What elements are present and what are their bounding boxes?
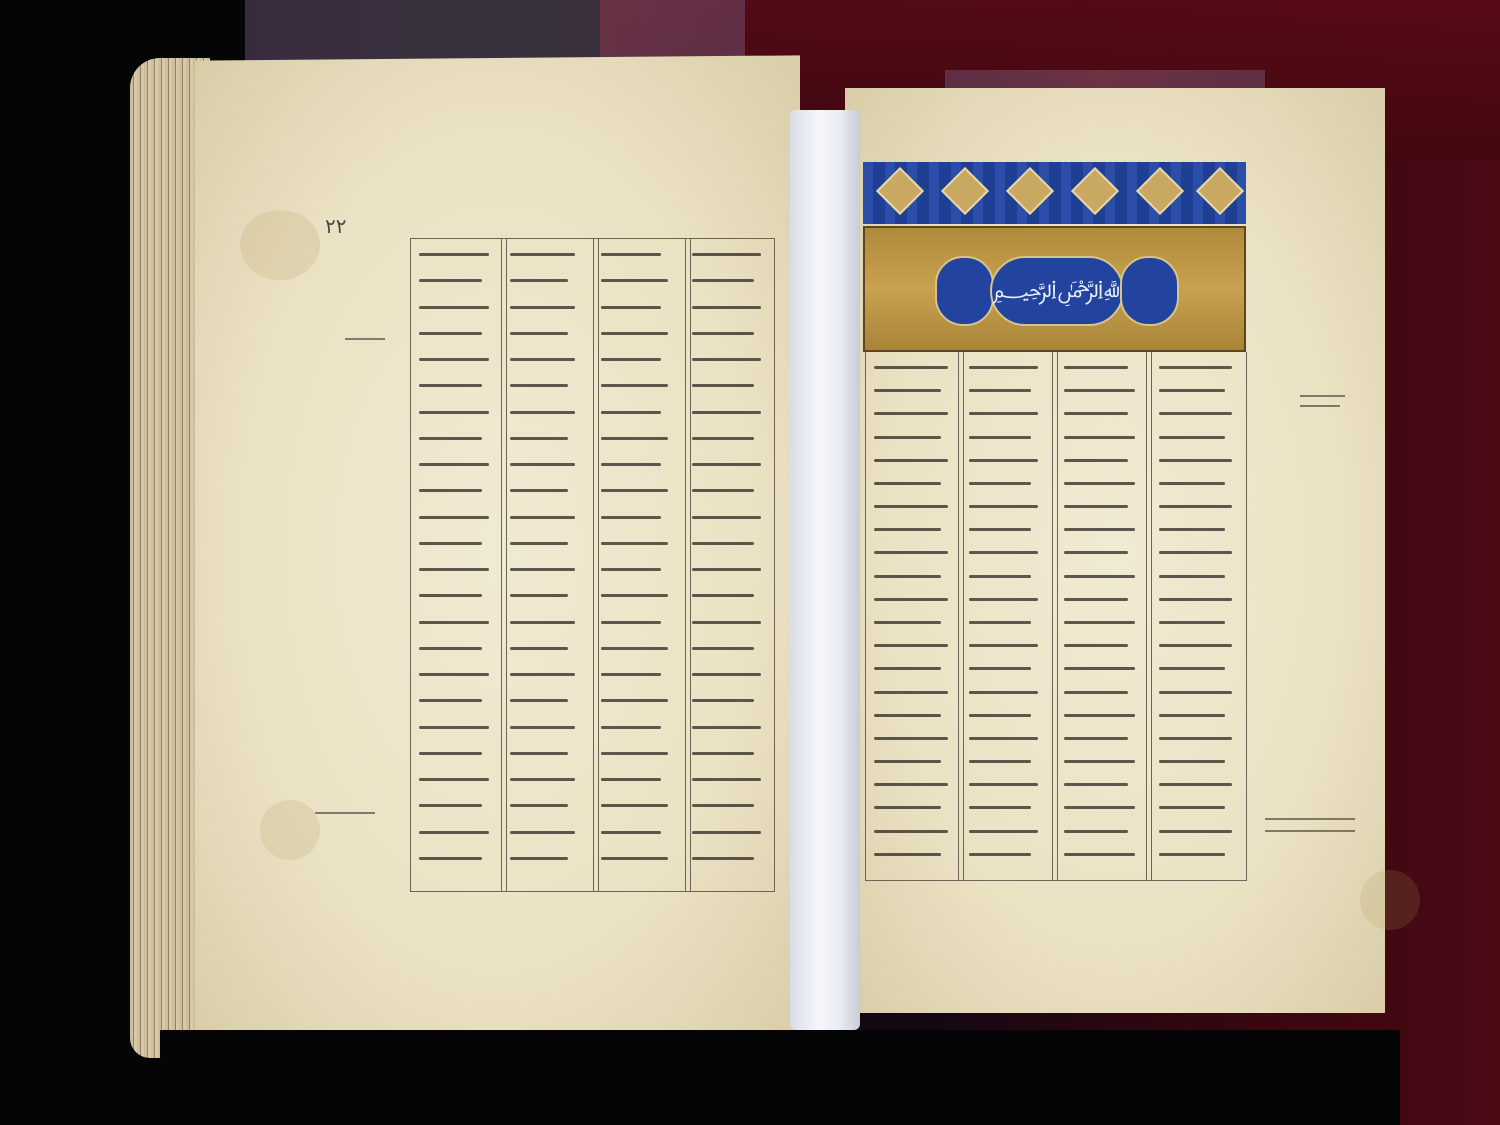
script-line (1064, 830, 1128, 833)
script-line (874, 598, 948, 601)
script-line (419, 647, 482, 650)
headpiece-upper-border (863, 162, 1246, 224)
script-line (419, 489, 482, 492)
script-line (1064, 459, 1128, 462)
script-line (874, 760, 941, 763)
script-line (1064, 366, 1128, 369)
script-line (969, 806, 1031, 809)
column-rule (593, 239, 594, 891)
script-line (510, 699, 568, 702)
script-line (969, 644, 1038, 647)
script-line (419, 673, 489, 676)
script-line (1159, 389, 1225, 392)
script-line (419, 831, 489, 834)
script-line (1064, 691, 1128, 694)
script-line (510, 358, 575, 361)
script-line (1159, 853, 1225, 856)
script-line (1159, 436, 1225, 439)
margin-annotation (1265, 830, 1355, 832)
water-stain (240, 210, 320, 280)
script-line (874, 459, 948, 462)
script-line (692, 463, 761, 466)
script-line (692, 726, 761, 729)
script-line (1064, 621, 1135, 624)
title-calligraphy-icon: ﷽ (992, 272, 1122, 313)
script-line (1064, 737, 1128, 740)
script-line (510, 647, 568, 650)
script-line (419, 778, 489, 781)
script-line (419, 699, 482, 702)
script-line (692, 752, 754, 755)
script-line (601, 489, 668, 492)
script-line (510, 437, 568, 440)
script-line (969, 389, 1031, 392)
script-line (692, 778, 761, 781)
script-line (969, 482, 1031, 485)
script-line (419, 804, 482, 807)
script-line (1159, 667, 1225, 670)
script-line (1064, 528, 1135, 531)
script-line (419, 857, 482, 860)
column-rule (501, 239, 502, 891)
ornament-icon (1196, 167, 1244, 215)
ornament-icon (1071, 167, 1119, 215)
script-line (510, 726, 575, 729)
script-line (692, 831, 761, 834)
script-line (510, 411, 575, 414)
script-line (874, 366, 948, 369)
script-line (419, 516, 489, 519)
script-line (419, 279, 482, 282)
script-line (601, 437, 668, 440)
script-line (419, 752, 482, 755)
script-line (692, 621, 761, 624)
script-line (510, 594, 568, 597)
script-line (601, 621, 661, 624)
script-line (1159, 830, 1232, 833)
script-line (1159, 505, 1232, 508)
script-line (510, 279, 568, 282)
script-line (874, 830, 948, 833)
script-line (969, 505, 1038, 508)
script-line (874, 691, 948, 694)
table-shadow (160, 1030, 1400, 1125)
script-line (601, 253, 661, 256)
gutter-support-roll (790, 110, 860, 1030)
script-line (419, 594, 482, 597)
folio-number: ۲۲ (325, 214, 346, 238)
script-line (692, 594, 754, 597)
script-line (692, 804, 754, 807)
script-line (969, 853, 1031, 856)
script-line (1064, 436, 1135, 439)
script-line (510, 306, 575, 309)
script-line (1159, 644, 1232, 647)
script-line (692, 279, 754, 282)
column-rule (1057, 352, 1058, 880)
margin-annotation (1300, 405, 1340, 407)
script-line (969, 714, 1031, 717)
script-line (510, 489, 568, 492)
script-line (874, 575, 941, 578)
script-line (1064, 598, 1128, 601)
script-line (874, 389, 941, 392)
script-line (692, 306, 761, 309)
script-line (419, 384, 482, 387)
script-line (692, 673, 761, 676)
cartouche-title: ﷽ (990, 256, 1124, 326)
script-line (969, 667, 1031, 670)
script-line (601, 726, 661, 729)
script-line (874, 667, 941, 670)
script-line (969, 459, 1038, 462)
script-line (1064, 389, 1135, 392)
column-rule (685, 239, 686, 891)
column-rule (963, 352, 964, 880)
script-line (1064, 482, 1135, 485)
script-line (1159, 737, 1232, 740)
script-line (601, 306, 661, 309)
script-line (419, 463, 489, 466)
script-line (601, 778, 661, 781)
water-stain (260, 800, 320, 860)
script-line (601, 411, 661, 414)
script-line (692, 647, 754, 650)
script-line (874, 528, 941, 531)
script-line (1064, 644, 1128, 647)
script-line (419, 621, 489, 624)
script-line (419, 542, 482, 545)
script-line (1064, 714, 1135, 717)
script-line (692, 568, 761, 571)
script-line (601, 594, 668, 597)
ornament-icon (941, 167, 989, 215)
script-line (1159, 806, 1225, 809)
script-line (969, 598, 1038, 601)
script-line (601, 332, 668, 335)
script-line (1159, 621, 1225, 624)
script-line (1159, 482, 1225, 485)
script-line (1064, 575, 1135, 578)
script-line (692, 384, 754, 387)
headpiece-gold-panel: ﷽ (863, 226, 1246, 352)
script-line (874, 853, 941, 856)
script-line (969, 783, 1038, 786)
column-rule (1052, 352, 1053, 880)
script-line (692, 542, 754, 545)
water-stain (1360, 870, 1420, 930)
script-line (874, 806, 941, 809)
ornament-icon (876, 167, 924, 215)
script-line (419, 726, 489, 729)
margin-annotation (1300, 395, 1345, 397)
script-line (419, 437, 482, 440)
column-rule (958, 352, 959, 880)
column-rule (1146, 352, 1147, 880)
column-rule (1151, 352, 1152, 880)
script-line (1159, 412, 1232, 415)
script-line (601, 831, 661, 834)
script-line (601, 804, 668, 807)
script-line (601, 384, 668, 387)
margin-annotation (1265, 818, 1355, 820)
illuminated-headpiece: ﷽ (863, 162, 1246, 352)
script-line (969, 436, 1031, 439)
script-line (510, 752, 568, 755)
script-line (419, 332, 482, 335)
script-line (692, 411, 761, 414)
script-line (1064, 551, 1128, 554)
script-line (969, 551, 1038, 554)
script-line (510, 516, 575, 519)
script-line (969, 412, 1038, 415)
script-line (692, 437, 754, 440)
ornament-icon (1136, 167, 1184, 215)
script-line (510, 332, 568, 335)
script-line (874, 644, 948, 647)
script-line (601, 647, 668, 650)
script-line (692, 358, 761, 361)
script-line (510, 778, 575, 781)
script-line (692, 699, 754, 702)
script-line (874, 482, 941, 485)
column-rule (598, 239, 599, 891)
script-line (1159, 575, 1225, 578)
script-line (1064, 412, 1128, 415)
script-line (510, 857, 568, 860)
script-line (601, 699, 668, 702)
script-line (601, 542, 668, 545)
script-line (419, 253, 489, 256)
script-line (1159, 528, 1225, 531)
ornament-icon (1006, 167, 1054, 215)
script-line (510, 673, 575, 676)
script-line (1159, 760, 1225, 763)
script-line (969, 528, 1031, 531)
script-line (969, 575, 1031, 578)
right-text-block (865, 352, 1247, 881)
script-line (874, 551, 948, 554)
margin-annotation (315, 812, 375, 814)
script-line (1159, 691, 1232, 694)
cartouche-left (935, 256, 994, 326)
script-line (601, 463, 661, 466)
script-line (601, 857, 668, 860)
script-line (1064, 806, 1135, 809)
script-line (1159, 366, 1232, 369)
script-line (601, 752, 668, 755)
script-line (1159, 598, 1232, 601)
script-line (601, 673, 661, 676)
script-line (692, 516, 761, 519)
column-rule (506, 239, 507, 891)
margin-annotation (345, 338, 385, 340)
script-line (874, 714, 941, 717)
script-line (1159, 783, 1232, 786)
script-line (874, 737, 948, 740)
script-line (1064, 783, 1128, 786)
script-line (969, 621, 1031, 624)
cartouche-right (1120, 256, 1179, 326)
left-text-block (410, 238, 775, 892)
script-line (969, 737, 1038, 740)
script-line (692, 857, 754, 860)
script-line (419, 568, 489, 571)
script-line (692, 332, 754, 335)
script-line (969, 760, 1031, 763)
script-line (874, 412, 948, 415)
script-line (969, 830, 1038, 833)
script-line (510, 463, 575, 466)
script-line (692, 489, 754, 492)
script-line (1064, 667, 1135, 670)
script-line (1159, 551, 1232, 554)
script-line (419, 358, 489, 361)
script-line (874, 436, 941, 439)
script-line (969, 691, 1038, 694)
script-line (510, 384, 568, 387)
script-line (510, 253, 575, 256)
script-line (510, 804, 568, 807)
script-line (1064, 760, 1135, 763)
script-line (969, 366, 1038, 369)
script-line (1064, 853, 1135, 856)
script-line (510, 568, 575, 571)
script-line (874, 783, 948, 786)
script-line (510, 831, 575, 834)
script-line (601, 358, 661, 361)
script-line (510, 621, 575, 624)
script-line (874, 505, 948, 508)
script-line (692, 253, 761, 256)
script-line (1159, 459, 1232, 462)
script-line (601, 568, 661, 571)
script-line (419, 411, 489, 414)
script-line (1064, 505, 1128, 508)
script-line (601, 279, 668, 282)
script-line (510, 542, 568, 545)
script-line (419, 306, 489, 309)
script-line (601, 516, 661, 519)
script-line (874, 621, 941, 624)
column-rule (690, 239, 691, 891)
script-line (1159, 714, 1225, 717)
